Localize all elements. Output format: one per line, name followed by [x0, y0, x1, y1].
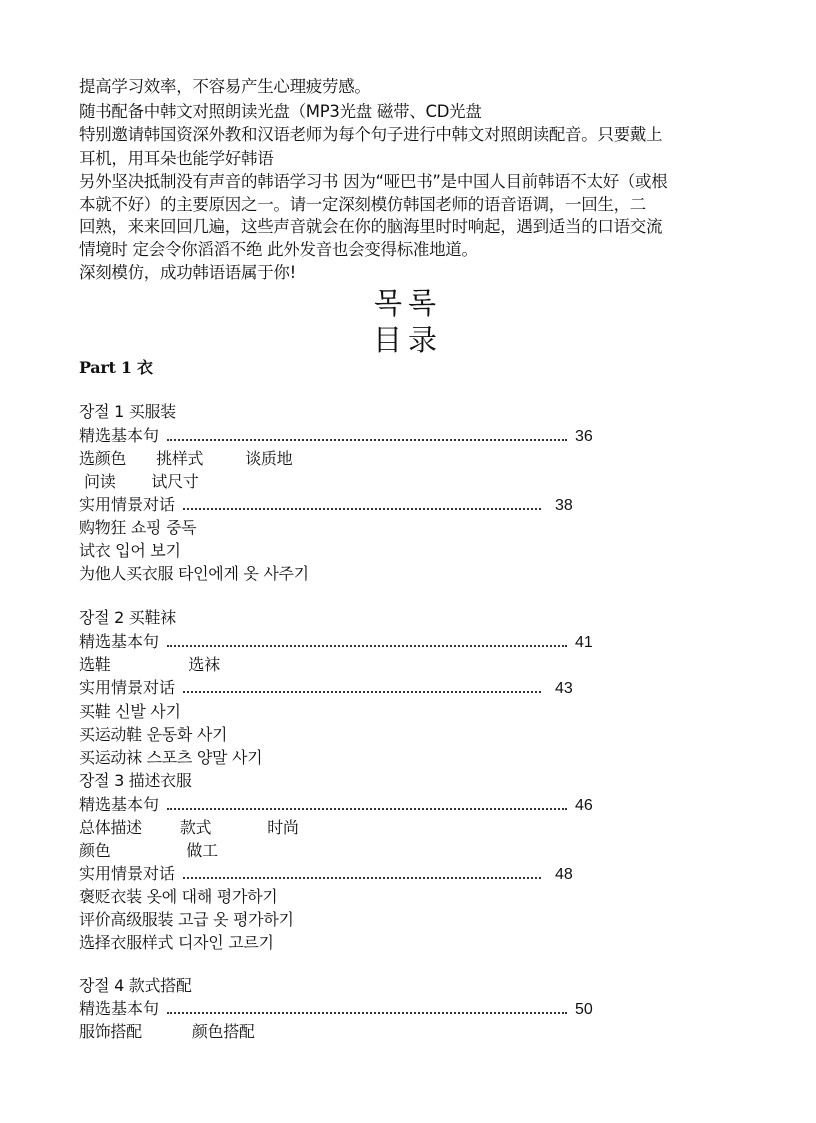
- chapter-heading: 장절 3 描述衣服: [79, 770, 192, 792]
- dot-leader: [183, 508, 541, 510]
- toc-entry-label: 实用情景对话: [79, 863, 175, 885]
- page-number: 36: [575, 426, 599, 448]
- topic: 问读: [79, 472, 115, 491]
- page-number: 38: [555, 495, 579, 517]
- topic: 做工: [186, 841, 217, 860]
- toc-entry-key-sentences[interactable]: 精选基本句 41: [79, 631, 599, 654]
- intro-line: 回熟，来来回回几遍，这些声音就会在你的脑海里时时响起，遇到适当的口语交流: [79, 216, 662, 238]
- title-korean: 목록: [0, 285, 816, 321]
- scene-item: 为他人买衣服 타인에게 옷 사주기: [79, 563, 309, 585]
- part-heading: Part 1 衣: [79, 357, 153, 379]
- dot-leader: [167, 645, 567, 647]
- intro-line: 耳机，用耳朵也能学好韩语: [79, 148, 273, 170]
- toc-entry-label: 实用情景对话: [79, 494, 175, 516]
- topic-row: 总体描述款式时尚: [79, 817, 299, 839]
- scene-item: 购物狂 쇼핑 중독: [79, 517, 196, 539]
- intro-line: 另外坚决抵制没有声音的韩语学习书 因为“哑巴书”是中国人目前韩语不太好（或根: [79, 171, 667, 193]
- toc-entry-label: 精选基本句: [79, 425, 159, 447]
- chapter-heading: 장절 1 买服装: [79, 401, 176, 423]
- topic: 选鞋: [79, 655, 110, 674]
- scene-item: 买运动鞋 운동화 사기: [79, 724, 227, 746]
- intro-line: 提高学习效率，不容易产生心理疲劳感。: [79, 76, 371, 98]
- toc-entry-key-sentences[interactable]: 精选基本句 46: [79, 794, 599, 817]
- scene-item: 买运动袜 스포츠 양말 사기: [79, 747, 262, 769]
- page-number: 48: [555, 864, 579, 886]
- topic-row: 选鞋选袜: [79, 654, 220, 676]
- topic: 时尚: [267, 818, 298, 837]
- toc-entry-key-sentences[interactable]: 精选基本句 50: [79, 998, 599, 1021]
- chapter-heading: 장절 2 买鞋袜: [79, 607, 176, 629]
- topic: 选颜色: [79, 449, 126, 468]
- dot-leader: [167, 1012, 567, 1014]
- document-page: 提高学习效率，不容易产生心理疲劳感。 随书配备中韩文对照朗读光盘（MP3光盘 磁…: [0, 0, 816, 1123]
- topic: 谈质地: [245, 449, 292, 468]
- intro-line: 随书配备中韩文对照朗读光盘（MP3光盘 磁带、CD光盘: [79, 101, 482, 123]
- topic: 选袜: [188, 655, 219, 674]
- topic: 服饰搭配: [79, 1022, 142, 1041]
- dot-leader: [167, 808, 567, 810]
- scene-item: 选择衣服样式 디자인 고르기: [79, 932, 274, 954]
- scene-item: 褒贬衣装 옷에 대해 평가하기: [79, 886, 277, 908]
- title-chinese: 目录: [0, 322, 816, 358]
- dot-leader: [183, 691, 541, 693]
- page-number: 46: [575, 795, 599, 817]
- topic-row: 颜色做工: [79, 840, 218, 862]
- page-number: 41: [575, 632, 599, 654]
- dot-leader: [167, 439, 567, 441]
- topic-row: 选颜色挑样式谈质地: [79, 448, 292, 470]
- topic: 试尺寸: [151, 472, 198, 491]
- topic: 款式: [180, 818, 211, 837]
- toc-entry-label: 精选基本句: [79, 794, 159, 816]
- page-number: 50: [575, 999, 599, 1021]
- dot-leader: [183, 877, 541, 879]
- topic: 颜色: [79, 841, 110, 860]
- topic-row: 服饰搭配颜色搭配: [79, 1021, 255, 1043]
- intro-line: 深刻模仿，成功韩语语属于你!: [79, 262, 296, 284]
- topic-row: 问读试尺寸: [79, 471, 199, 493]
- intro-line: 特别邀请韩国资深外教和汉语老师为每个句子进行中韩文对照朗读配音。只要戴上: [79, 124, 662, 146]
- scene-item: 买鞋 신발 사기: [79, 701, 181, 723]
- scene-item: 试衣 입어 보기: [79, 540, 181, 562]
- toc-entry-label: 精选基本句: [79, 631, 159, 653]
- toc-entry-dialogues[interactable]: 实用情景对话 43: [79, 677, 599, 700]
- toc-entry-key-sentences[interactable]: 精选基本句 36: [79, 425, 599, 448]
- chapter-heading: 장절 4 款式搭配: [79, 975, 192, 997]
- toc-entry-label: 精选基本句: [79, 998, 159, 1020]
- intro-line: 情境时 定会令你滔滔不绝 此外发音也会变得标准地道。: [79, 239, 478, 261]
- intro-line: 本就不好）的主要原因之一。请一定深刻模仿韩国老师的语音语调，一回生，二: [79, 194, 646, 216]
- topic: 总体描述: [79, 818, 142, 837]
- topic: 挑样式: [156, 449, 203, 468]
- toc-entry-dialogues[interactable]: 实用情景对话 48: [79, 863, 599, 886]
- page-number: 43: [555, 678, 579, 700]
- topic: 颜色搭配: [192, 1022, 255, 1041]
- scene-item: 评价高级服装 고급 옷 평가하기: [79, 909, 294, 931]
- toc-entry-dialogues[interactable]: 实用情景对话 38: [79, 494, 599, 517]
- toc-entry-label: 实用情景对话: [79, 677, 175, 699]
